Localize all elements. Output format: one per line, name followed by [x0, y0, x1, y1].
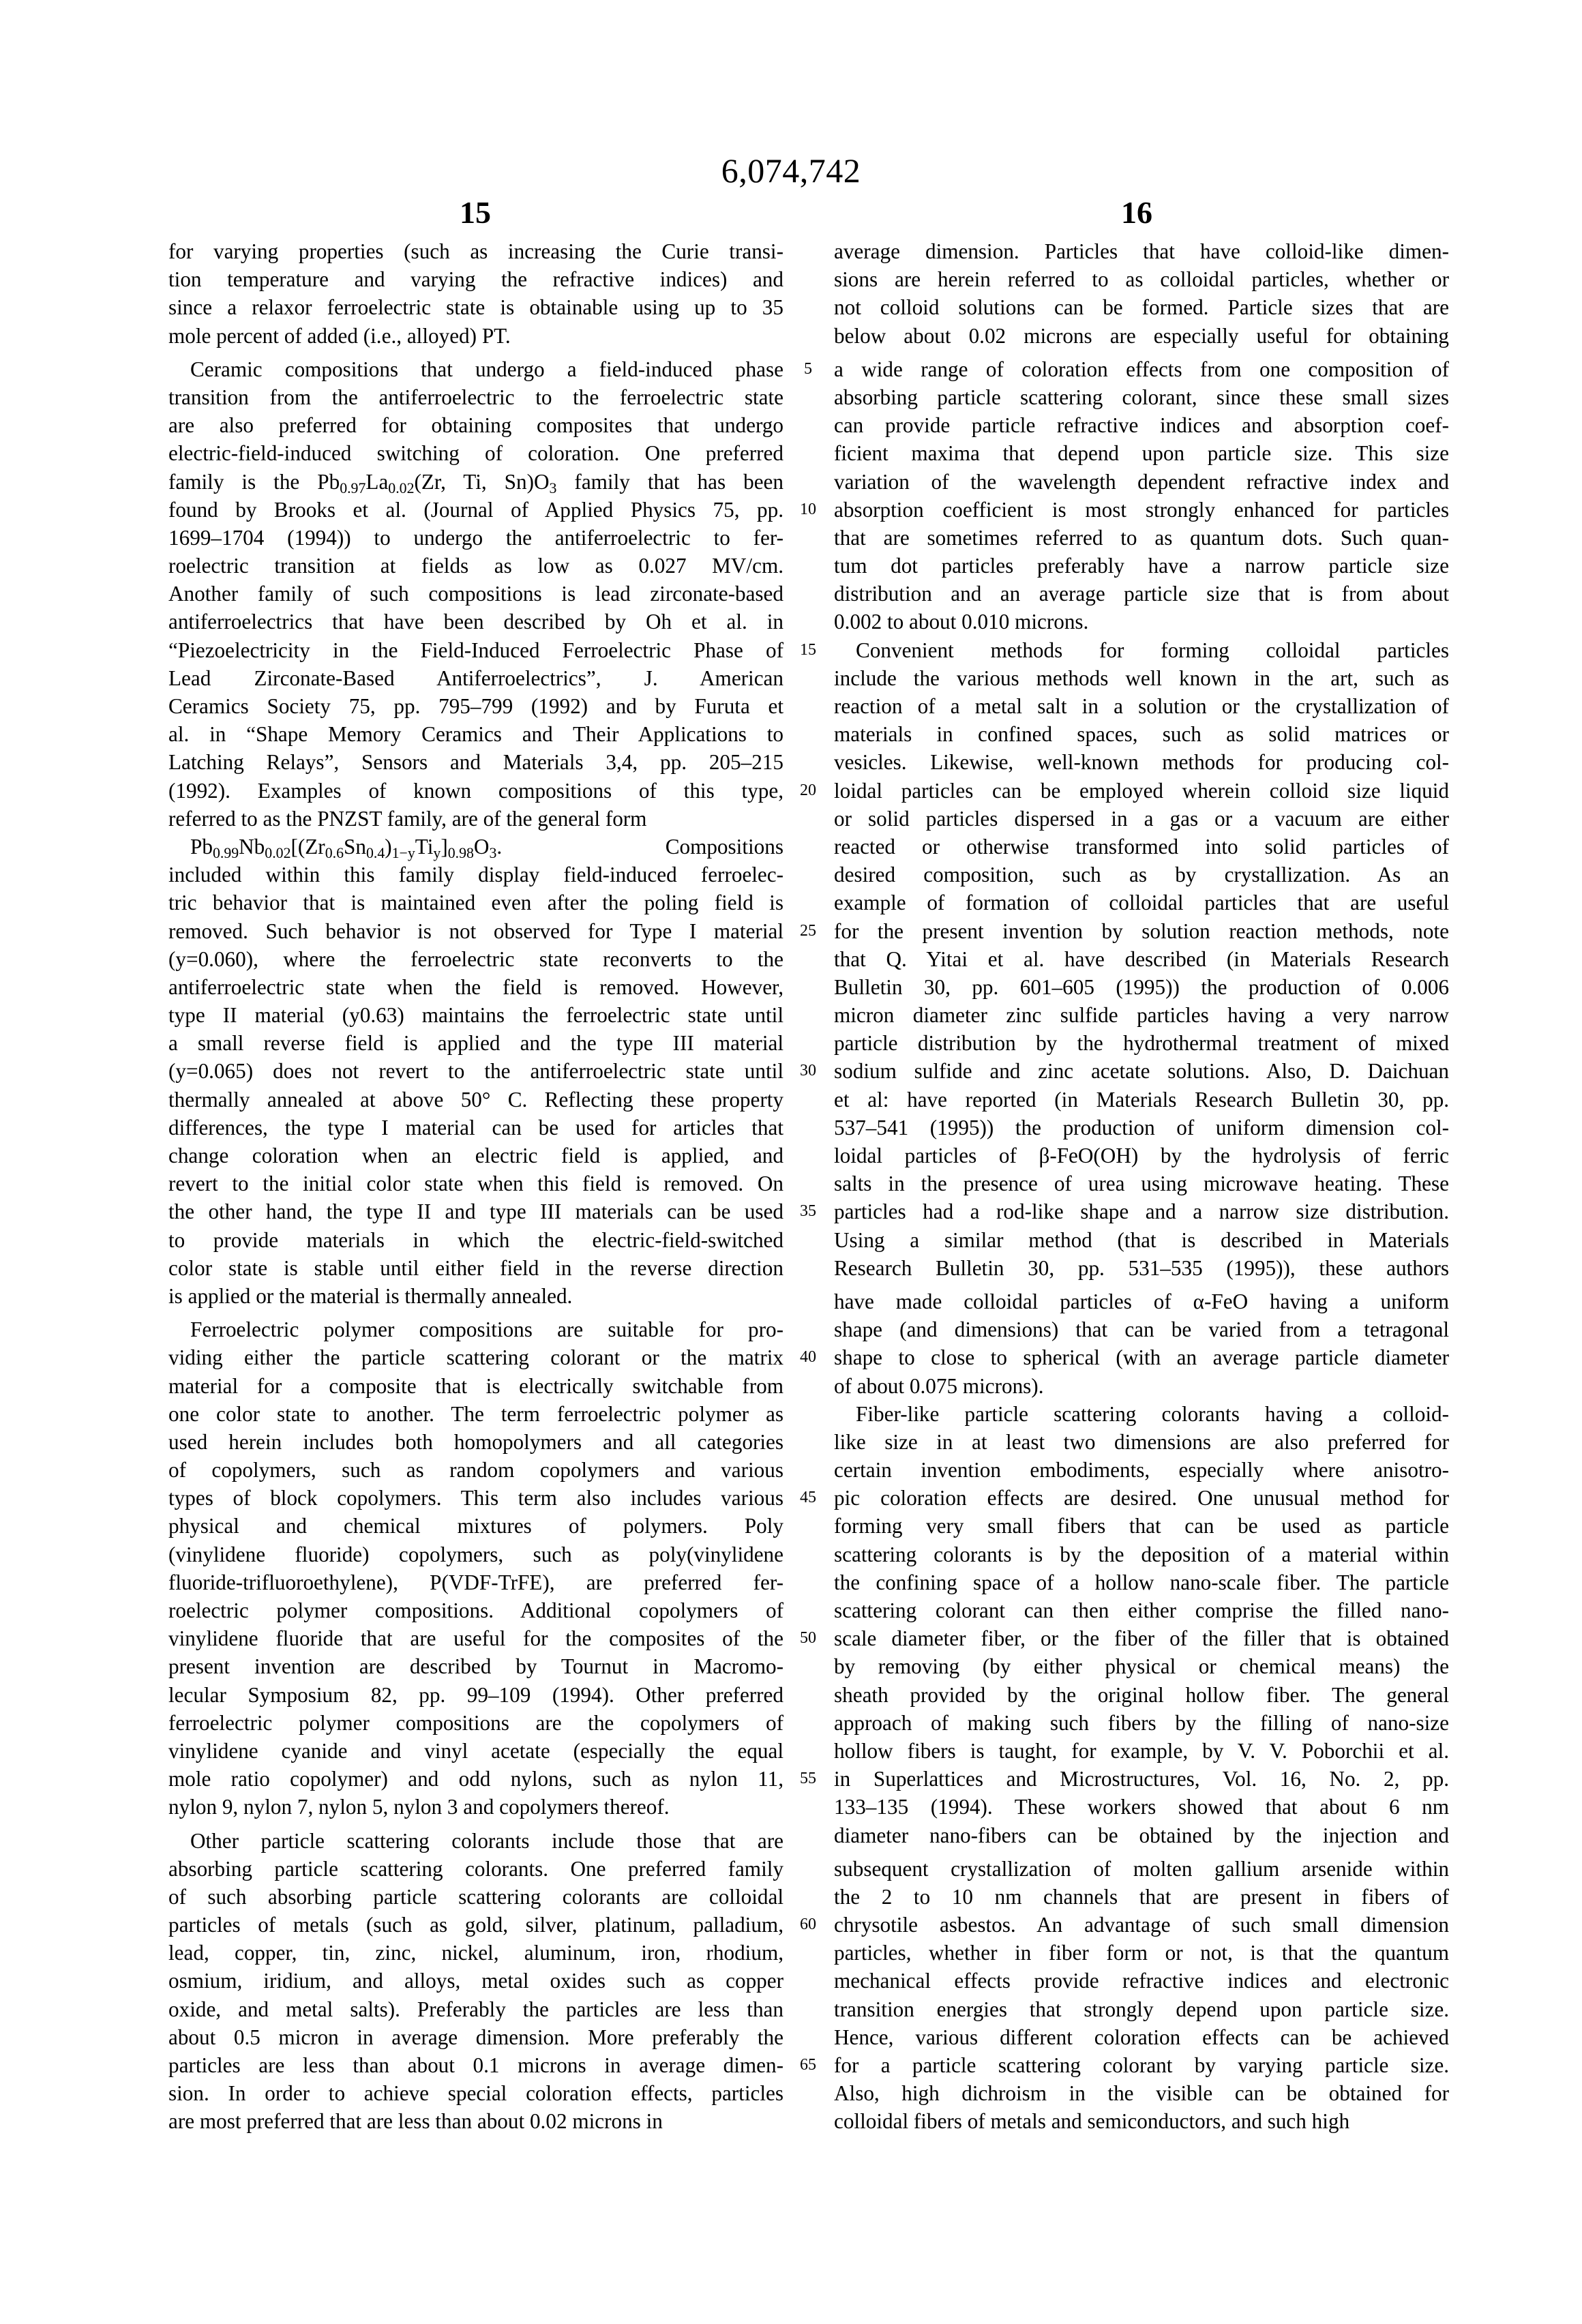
paragraph-gap: [168, 1821, 783, 1827]
line-number: 55: [791, 1765, 825, 1793]
line-number: 30: [791, 1057, 825, 1085]
text-line: forming very small fibers that can be us…: [834, 1512, 1449, 1540]
text-line: by removing (by either physical or chemi…: [834, 1652, 1449, 1680]
paragraph-gap: [168, 350, 783, 355]
text-line: vesicles. Likewise, well-known methods f…: [834, 748, 1449, 776]
text-line: particles had a rod-like shape and a nar…: [834, 1197, 1449, 1225]
text-line: that are sometimes referred to as quantu…: [834, 524, 1449, 552]
text-line: are most preferred that are less than ab…: [168, 2107, 783, 2135]
text-line: particle distribution by the hydrotherma…: [834, 1029, 1449, 1057]
text-line: example of formation of colloidal partic…: [834, 889, 1449, 917]
text-line: present invention are described by Tourn…: [168, 1652, 783, 1680]
text-line: is applied or the material is thermally …: [168, 1282, 783, 1310]
text-line: material for a composite that is electri…: [168, 1372, 783, 1400]
text-line: sion. In order to achieve special colora…: [168, 2079, 783, 2107]
column-number-left: 15: [407, 196, 543, 229]
text-line: 133–135 (1994). These workers showed tha…: [834, 1793, 1449, 1821]
text-line: of such absorbing particle scattering co…: [168, 1883, 783, 1911]
text-line: can provide particle refractive indices …: [834, 411, 1449, 439]
text-line: electric-field-induced switching of colo…: [168, 439, 783, 467]
text-line: mechanical effects provide refractive in…: [834, 1967, 1449, 1995]
text-line: of copolymers, such as random copolymers…: [168, 1456, 783, 1484]
text-line: scattering colorants is by the depositio…: [834, 1540, 1449, 1568]
text-line: roelectric transition at fields as low a…: [168, 552, 783, 580]
text-line: fluoride-trifluoroethylene), P(VDF-TrFE)…: [168, 1568, 783, 1596]
text-line: nylon 9, nylon 7, nylon 5, nylon 3 and c…: [168, 1793, 783, 1821]
text-line: Ceramic compositions that undergo a fiel…: [168, 355, 783, 383]
text-line: to provide materials in which the electr…: [168, 1226, 783, 1254]
text-line: Hence, various different coloration effe…: [834, 2023, 1449, 2051]
text-line: al. in “Shape Memory Ceramics and Their …: [168, 720, 783, 748]
text-line: ferroelectric polymer compositions are t…: [168, 1709, 783, 1737]
text-line: Research Bulletin 30, pp. 531–535 (1995)…: [834, 1254, 1449, 1282]
text-line: (y=0.065) does not revert to the antifer…: [168, 1057, 783, 1085]
text-line: revert to the initial color state when t…: [168, 1170, 783, 1197]
text-line: sions are herein referred to as colloida…: [834, 265, 1449, 293]
text-line: Using a similar method (that is describe…: [834, 1226, 1449, 1254]
text-line: Latching Relays”, Sensors and Materials …: [168, 748, 783, 776]
paragraph-gap: [834, 1282, 1449, 1287]
text-line: Also, high dichroism in the visible can …: [834, 2079, 1449, 2107]
text-line: found by Brooks et al. (Journal of Appli…: [168, 496, 783, 524]
text-line: average dimension. Particles that have c…: [834, 237, 1449, 265]
text-line: a wide range of coloration effects from …: [834, 355, 1449, 383]
text-line: roelectric polymer compositions. Additio…: [168, 1596, 783, 1624]
text-line: micron diameter zinc sulfide particles h…: [834, 1001, 1449, 1029]
text-line: desired composition, such as by crystall…: [834, 861, 1449, 889]
text-line: hollow fibers is taught, for example, by…: [834, 1737, 1449, 1765]
text-line: a small reverse field is applied and the…: [168, 1029, 783, 1057]
text-line: (vinylidene fluoride) copolymers, such a…: [168, 1540, 783, 1568]
text-line: loidal particles can be employed wherein…: [834, 777, 1449, 805]
paragraph-gap: [834, 350, 1449, 355]
text-line: change coloration when an electric field…: [168, 1142, 783, 1170]
line-number: 10: [791, 496, 825, 524]
text-line: in Superlattices and Microstructures, Vo…: [834, 1765, 1449, 1793]
text-line: tum dot particles preferably have a narr…: [834, 552, 1449, 580]
text-line: thermally annealed at above 50° C. Refle…: [168, 1086, 783, 1114]
text-line: Fiber-like particle scattering colorants…: [834, 1400, 1449, 1428]
text-line: absorbing particle scattering colorants.…: [168, 1855, 783, 1883]
text-line: shape to close to spherical (with an ave…: [834, 1343, 1449, 1371]
line-number: 5: [791, 355, 825, 383]
text-line: like size in at least two dimensions are…: [834, 1428, 1449, 1456]
text-line: et al: have reported (in Materials Resea…: [834, 1086, 1449, 1114]
text-line: viding either the particle scattering co…: [168, 1343, 783, 1371]
text-line: (y=0.060), where the ferroelectric state…: [168, 945, 783, 973]
text-line: subsequent crystallization of molten gal…: [834, 1855, 1449, 1883]
text-line: absorbing particle scattering colorant, …: [834, 383, 1449, 411]
line-number: 15: [791, 636, 825, 664]
text-line: tric behavior that is maintained even af…: [168, 889, 783, 917]
text-line: loidal particles of β-FeO(OH) by the hyd…: [834, 1142, 1449, 1170]
text-line: diameter nano-fibers can be obtained by …: [834, 1821, 1449, 1849]
text-line: scale diameter fiber, or the fiber of th…: [834, 1624, 1449, 1652]
text-line: Convenient methods for forming colloidal…: [834, 636, 1449, 664]
text-line: family is the Pb0.97La0.02(Zr, Ti, Sn)O3…: [168, 468, 783, 496]
text-line: the other hand, the type II and type III…: [168, 1197, 783, 1225]
text-line: Ferroelectric polymer compositions are s…: [168, 1315, 783, 1343]
text-line: particles of metals (such as gold, silve…: [168, 1911, 783, 1939]
text-line: are also preferred for obtaining composi…: [168, 411, 783, 439]
text-line: shape (and dimensions) that can be varie…: [834, 1315, 1449, 1343]
text-line: pic coloration effects are desired. One …: [834, 1484, 1449, 1512]
text-line: scattering colorant can then either comp…: [834, 1596, 1449, 1624]
text-line: particles are less than about 0.1 micron…: [168, 2051, 783, 2079]
text-line: distribution and an average particle siz…: [834, 580, 1449, 608]
line-number: 20: [791, 777, 825, 805]
text-line: about 0.5 micron in average dimension. M…: [168, 2023, 783, 2051]
text-line: antiferroelectrics that have been descri…: [168, 608, 783, 636]
text-line: the 2 to 10 nm channels that are present…: [834, 1883, 1449, 1911]
text-line: mole ratio copolymer) and odd nylons, su…: [168, 1765, 783, 1793]
text-line: include the various methods well known i…: [834, 664, 1449, 692]
text-line: materials in confined spaces, such as so…: [834, 720, 1449, 748]
text-line: the confining space of a hollow nano-sca…: [834, 1568, 1449, 1596]
text-line: referred to as the PNZST family, are of …: [168, 805, 783, 833]
text-line: sodium sulfide and zinc acetate solution…: [834, 1057, 1449, 1085]
text-line: transition energies that strongly depend…: [834, 1995, 1449, 2023]
text-line: Lead Zirconate-Based Antiferroelectrics”…: [168, 664, 783, 692]
text-line: color state is stable until either field…: [168, 1254, 783, 1282]
text-line: “Piezoelectricity in the Field-Induced F…: [168, 636, 783, 664]
line-number: 50: [791, 1624, 825, 1652]
column-number-right: 16: [1069, 196, 1205, 229]
text-line: one color state to another. The term fer…: [168, 1400, 783, 1428]
text-line: chrysotile asbestos. An advantage of suc…: [834, 1911, 1449, 1939]
text-line: absorption coefficient is most strongly …: [834, 496, 1449, 524]
left-text-column: for varying properties (such as increasi…: [168, 237, 783, 2136]
text-line: ficient maxima that depend upon particle…: [834, 439, 1449, 467]
line-number: 35: [791, 1197, 825, 1225]
text-line: oxide, and metal salts). Preferably the …: [168, 1995, 783, 2023]
text-line: type II material (y0.63) maintains the f…: [168, 1001, 783, 1029]
text-line: salts in the presence of urea using micr…: [834, 1170, 1449, 1197]
text-line: 537–541 (1995)) the production of unifor…: [834, 1114, 1449, 1142]
text-line: particles, whether in fiber form or not,…: [834, 1939, 1449, 1967]
text-line: for a particle scattering colorant by va…: [834, 2051, 1449, 2079]
text-line: colloidal fibers of metals and semicondu…: [834, 2107, 1449, 2135]
text-line: removed. Such behavior is not observed f…: [168, 917, 783, 945]
line-number: 45: [791, 1484, 825, 1512]
right-text-column: average dimension. Particles that have c…: [834, 237, 1449, 2136]
text-line: included within this family display fiel…: [168, 861, 783, 889]
text-line: antiferroelectric state when the field i…: [168, 973, 783, 1001]
text-line: lecular Symposium 82, pp. 99–109 (1994).…: [168, 1681, 783, 1709]
text-line: of about 0.075 microns).: [834, 1372, 1449, 1400]
line-number: 40: [791, 1343, 825, 1371]
text-line: certain invention embodiments, especiall…: [834, 1456, 1449, 1484]
text-line: not colloid solutions can be formed. Par…: [834, 293, 1449, 321]
text-line: Pb0.99Nb0.02[(Zr0.6Sn0.4)1−yTiy]0.98O3. …: [168, 833, 783, 861]
patent-number: 6,074,742: [0, 151, 1582, 190]
text-line: Ceramics Society 75, pp. 795–799 (1992) …: [168, 692, 783, 720]
text-line: 0.002 to about 0.010 microns.: [834, 608, 1449, 636]
text-line: that Q. Yitai et al. have described (in …: [834, 945, 1449, 973]
paragraph-gap: [168, 1310, 783, 1315]
text-line: tion temperature and varying the refract…: [168, 265, 783, 293]
text-line: approach of making such fibers by the fi…: [834, 1709, 1449, 1737]
text-line: used herein includes both homopolymers a…: [168, 1428, 783, 1456]
text-line: (1992). Examples of known compositions o…: [168, 777, 783, 805]
text-line: lead, copper, tin, zinc, nickel, aluminu…: [168, 1939, 783, 1967]
text-line: Bulletin 30, pp. 601–605 (1995)) the pro…: [834, 973, 1449, 1001]
text-line: have made colloidal particles of α-FeO h…: [834, 1287, 1449, 1315]
text-line: reacted or otherwise transformed into so…: [834, 833, 1449, 861]
text-line: vinylidene fluoride that are useful for …: [168, 1624, 783, 1652]
text-line: transition from the antiferroelectric to…: [168, 383, 783, 411]
line-number: 25: [791, 917, 825, 945]
text-line: mole percent of added (i.e., alloyed) PT…: [168, 322, 783, 350]
text-line: types of block copolymers. This term als…: [168, 1484, 783, 1512]
text-line: below about 0.02 microns are especially …: [834, 322, 1449, 350]
text-line: differences, the type I material can be …: [168, 1114, 783, 1142]
line-number: 60: [791, 1911, 825, 1939]
text-line: Another family of such compositions is l…: [168, 580, 783, 608]
text-line: 1699–1704 (1994)) to undergo the antifer…: [168, 524, 783, 552]
paragraph-gap: [834, 1849, 1449, 1855]
text-line: reaction of a metal salt in a solution o…: [834, 692, 1449, 720]
text-line: osmium, iridium, and alloys, metal oxide…: [168, 1967, 783, 1995]
text-line: or solid particles dispersed in a gas or…: [834, 805, 1449, 833]
text-line: since a relaxor ferroelectric state is o…: [168, 293, 783, 321]
line-number: 65: [791, 2051, 825, 2079]
text-line: for varying properties (such as increasi…: [168, 237, 783, 265]
text-line: sheath provided by the original hollow f…: [834, 1681, 1449, 1709]
text-line: Other particle scattering colorants incl…: [168, 1827, 783, 1855]
text-line: for the present invention by solution re…: [834, 917, 1449, 945]
text-line: vinylidene cyanide and vinyl acetate (es…: [168, 1737, 783, 1765]
text-line: variation of the wavelength dependent re…: [834, 468, 1449, 496]
text-line: physical and chemical mixtures of polyme…: [168, 1512, 783, 1540]
